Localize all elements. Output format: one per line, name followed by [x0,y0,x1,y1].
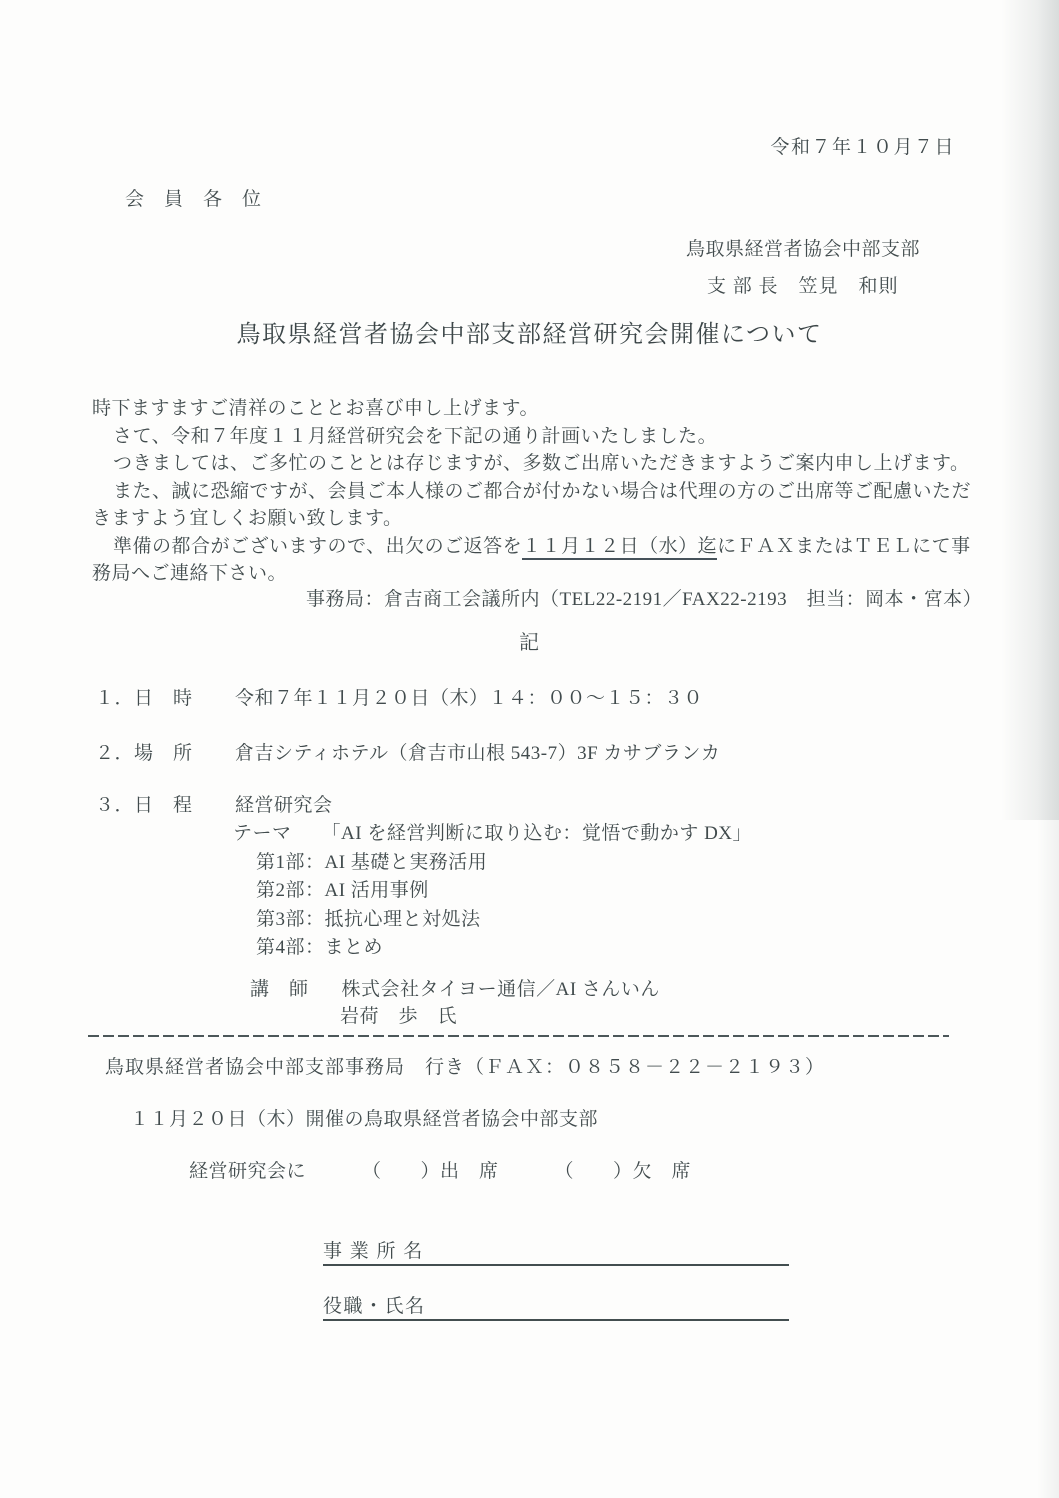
item-schedule-value: 経営研究会 [235,795,333,816]
item-place: ２．場 所倉吉シティホテル（倉吉市山根 543-7）3F カサブランカ [95,740,720,767]
item-place-num: ２． [95,743,134,764]
reply-request-post: にＦＡＸまたはＴＥＬにて事 [717,536,971,557]
scanned-letter-page: 令和７年１０月７日 会 員 各 位 鳥取県経営者協会中部支部 支 部 長 笠見 … [0,0,1059,1498]
item-datetime: １．日 時令和７年１１月２０日（木）１４：００～１５：３０ [95,685,703,712]
item-datetime-value: 令和７年１１月２０日（木）１４：００～１５：３０ [235,688,703,709]
company-name-label: 事 業 所 名 [323,1241,424,1262]
item-place-head: ２．場 所 [95,740,235,767]
title-and-name-label: 役職・氏名 [323,1296,426,1317]
greeting-line-3: つきましては、ご多忙のこととは存じますが、多数ご出席いただきますようご案内申し上… [113,450,969,477]
issue-date: 令和７年１０月７日 [770,134,955,161]
greeting-line-1: 時下ますますご清祥のこととお喜び申し上げます。 [92,395,539,422]
lecturer-name: 岩荷 歩 氏 [340,1003,457,1030]
attendance-subject: 経営研究会に [189,1161,306,1182]
record-heading: 記 [0,630,1059,657]
sender-organization: 鳥取県経営者協会中部支部 [686,236,920,263]
theme-label: テーマ [233,823,292,844]
reply-deadline: １１月１２日（水）迄 [522,536,717,560]
scan-edge-shadow-faint [1037,0,1059,1498]
greeting-line-5: きますよう宜しくお願い致します。 [92,505,402,532]
theme-row: テーマ「AI を経営判断に取り込む：覚悟で動かす DX」 [233,820,752,847]
program-part-1: 第1部：AI 基礎と実務活用 [256,849,487,876]
attendance-choice-row: 経営研究会に（ ）出 席（ ）欠 席 [189,1158,691,1185]
office-contact-line: 事務局：倉吉商工会議所内（TEL22-2191／FAX22-2193 担当：岡本… [306,586,982,613]
greeting-line-2: さて、令和７年度１１月経営研究会を下記の通り計画いたしました。 [113,423,717,450]
document-title: 鳥取県経営者協会中部支部経営研究会開催について [0,322,1059,349]
company-name-field: 事 業 所 名 [323,1236,789,1266]
item-schedule-label: 日 程 [134,795,193,816]
item-place-label: 場 所 [134,743,193,764]
lecturer-organization: 株式会社タイヨー通信／AI さんいん [342,979,660,1000]
program-part-4: 第4部：まとめ [256,934,383,961]
greeting-line-6: 準備の都合がございますので、出欠のご返答を１１月１２日（水）迄にＦＡＸまたはＴＥ… [113,533,971,560]
item-place-value: 倉吉シティホテル（倉吉市山根 543-7）3F カサブランカ [235,743,720,764]
sender-person: 支 部 長 笠見 和則 [707,273,899,300]
recipient-line: 会 員 各 位 [125,186,262,213]
item-datetime-num: １． [95,688,134,709]
lecturer-row: 講 師株式会社タイヨー通信／AI さんいん [250,976,660,1003]
item-schedule-head: ３．日 程 [95,792,235,819]
item-schedule: ３．日 程経営研究会 [95,792,333,819]
title-and-name-field: 役職・氏名 [323,1291,789,1321]
program-part-3: 第3部：抵抗心理と対処法 [256,906,481,933]
item-datetime-label: 日 時 [134,688,193,709]
item-datetime-head: １．日 時 [95,685,235,712]
program-part-2: 第2部：AI 活用事例 [256,877,429,904]
attend-option: （ ）出 席 [362,1161,499,1182]
item-schedule-num: ３． [95,795,134,816]
reply-addressee: 鳥取県経営者協会中部支部事務局 行き（ＦＡＸ：０８５８－２２－２１９３） [105,1054,825,1081]
lecturer-label: 講 師 [250,979,309,1000]
cut-line-separator [88,1035,949,1037]
absent-option: （ ）欠 席 [555,1161,692,1182]
reply-event-line: １１月２０日（木）開催の鳥取県経営者協会中部支部 [130,1106,598,1133]
theme-title: 「AI を経営判断に取り込む：覚悟で動かす DX」 [322,823,753,844]
greeting-line-7: 務局へご連絡下さい。 [92,560,287,587]
scan-edge-shadow [1001,0,1059,820]
reply-request-pre: 準備の都合がございますので、出欠のご返答を [113,536,522,557]
greeting-line-4: また、誠に恐縮ですが、会員ご本人様のご都合が付かない場合は代理の方のご出席等ご配… [113,478,971,505]
